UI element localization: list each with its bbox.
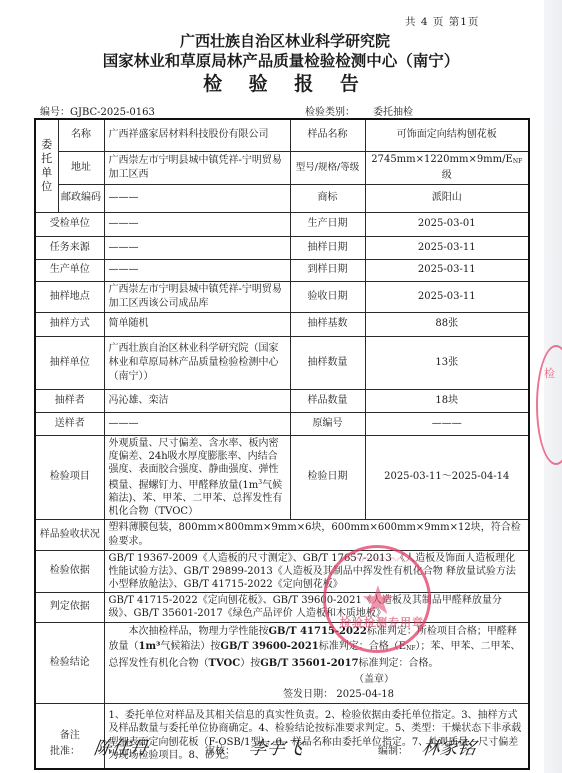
task-source: ——— [104,236,290,259]
table-row: 送样者 ——— 原编号 ——— [35,412,529,435]
table-row: 抽样地点 广西崇左市宁明县城中镇凭祥-宁明贸易加工区西该公司成品库 验收日期 2… [35,281,529,312]
review-signature: 审核：李宇飞 [205,734,303,760]
table-row: 检验结论 本次抽检样品，物理力学性能按GB/T 41715-2022标准判定：所… [35,622,529,703]
postcode: ——— [104,184,290,212]
center-title: 国家林业和草原局林产品质量检验检测中心（南宁） [0,49,562,71]
prepare-signature: 编制：林家铭 [378,734,476,760]
table-row: 判定依据 GB/T 41715-2022《定向刨花板》、GB/T 39600-2… [35,592,529,622]
report-number: 编号：GJBC-2025-0163 [40,103,155,118]
production-date: 2025-03-01 [365,212,529,236]
table-row: 抽样方式 简单随机 抽样基数 88张 [35,312,529,336]
sampling-site-label: 抽样地点 [35,281,104,312]
issue-date: 签发日期： 2025-04-18 [109,688,525,702]
seal-note: （盖章） [109,673,525,687]
table-row: 抽样者 冯沁雄、栾洁 样品数量 18块 [35,389,529,412]
sampling-date: 2025-03-11 [365,236,529,259]
sample-qty: 18块 [365,389,529,412]
client-address-label: 地址 [58,151,104,184]
producer: ——— [104,259,290,281]
receipt-label: 样品验收状况 [35,519,104,550]
spec-label: 型号/规格/等级 [290,151,365,184]
client-address: 广西崇左市宁明县城中镇凭祥-宁明贸易加工区西 [104,151,290,184]
approve-signature-mark: 陈佳丹 [92,734,150,760]
conclusion-text: 本次抽检样品，物理力学性能按GB/T 41715-2022标准判定：所检项目合格… [109,624,525,671]
sampling-qty: 13张 [365,336,529,389]
original-no-label: 原编号 [290,412,365,435]
judgement: GB/T 41715-2022《定向刨花板》、GB/T 39600-2021《人… [104,592,529,622]
spec-value: 2745mm×1220mm×9mm/ENF级 [365,151,529,184]
basis: GB/T 19367-2009《人造板的尺寸测定》、GB/T 17657-201… [104,550,529,592]
category-label: 检验类别： [305,107,355,118]
sampling-method: 简单随机 [104,312,290,336]
sample-name: 可饰面定向结构刨花板 [365,119,529,151]
postcode-label: 邮政编码 [58,184,104,212]
table-row: 委托单位 名称 广西祥盛家居材料科技股份有限公司 样品名称 可饰面定向结构刨花板 [35,119,529,151]
report-number-label: 编号： [40,107,70,118]
sampling-date-label: 抽样日期 [290,236,365,259]
client-name-label: 名称 [58,119,104,151]
table-row: 地址 广西崇左市宁明县城中镇凭祥-宁明贸易加工区西 型号/规格/等级 2745m… [35,151,529,184]
conclusion: 本次抽检样品，物理力学性能按GB/T 41715-2022标准判定：所检项目合格… [104,622,529,703]
arrival-date-label: 到样日期 [290,259,365,281]
page-indicator: 共 4 页 第1页 [405,14,479,29]
inspected-unit: ——— [104,212,290,236]
acceptance-date-label: 验收日期 [290,281,365,312]
table-row: 邮政编码 ——— 商标 派阳山 [35,184,529,212]
brand: 派阳山 [365,184,529,212]
sender-label: 送样者 [35,412,104,435]
sampling-base-label: 抽样基数 [290,312,365,336]
test-date: 2025-03-11～2025-04-14 [365,435,529,519]
sampling-site: 广西崇左市宁明县城中镇凭祥-宁明贸易加工区西该公司成品库 [104,281,290,312]
approve-signature: 批准：陈佳丹 [50,734,148,760]
task-source-label: 任务来源 [35,236,104,259]
original-no: ——— [365,412,529,435]
category-value: 委托抽检 [373,107,413,118]
sampler-label: 抽样者 [35,389,104,412]
client-group-label: 委托单位 [35,119,58,212]
sampling-unit: 广西壮族自治区林业科学研究院（国家林业和草原局林产品质量检验检测中心（南宁）） [104,336,290,389]
table-row: 任务来源 ——— 抽样日期 2025-03-11 [35,236,529,259]
table-row: 样品验收状况 塑料薄膜包装，800mm×800mm×9mm×6块，600mm×6… [35,519,529,550]
review-signature-mark: 李宇飞 [247,734,305,760]
table-row: 生产单位 ——— 到样日期 2025-03-11 [35,259,529,281]
inspection-category: 检验类别：委托抽检 [305,103,413,118]
test-items: 外观质量、尺寸偏差、含水率、板内密度偏差、24h吸水厚度膨胀率、内结合强度、表面… [104,435,290,519]
sampling-unit-label: 抽样单位 [35,336,104,389]
document-title: 检 验 报 告 [0,69,562,96]
page-edge [544,0,562,773]
brand-label: 商标 [290,184,365,212]
table-row: 受检单位 ——— 生产日期 2025-03-01 [35,212,529,236]
sender: ——— [104,412,290,435]
table-row: 检验依据 GB/T 19367-2009《人造板的尺寸测定》、GB/T 1765… [35,550,529,592]
sampler: 冯沁雄、栾洁 [104,389,290,412]
prepare-signature-mark: 林家铭 [420,734,478,760]
sampling-method-label: 抽样方式 [35,312,104,336]
sample-name-label: 样品名称 [290,119,365,151]
institute-title: 广西壮族自治区林业科学研究院 [0,30,562,51]
producer-label: 生产单位 [35,259,104,281]
table-row: 抽样单位 广西壮族自治区林业科学研究院（国家林业和草原局林产品质量检验检测中心（… [35,336,529,389]
judgement-label: 判定依据 [35,592,104,622]
arrival-date: 2025-03-11 [365,259,529,281]
sample-qty-label: 样品数量 [290,389,365,412]
conclusion-label: 检验结论 [35,622,104,703]
report-table: 委托单位 名称 广西祥盛家居材料科技股份有限公司 样品名称 可饰面定向结构刨花板… [34,118,530,770]
sampling-qty-label: 抽样数量 [290,336,365,389]
receipt: 塑料薄膜包装，800mm×800mm×9mm×6块，600mm×600mm×9m… [104,519,529,550]
client-name: 广西祥盛家居材料科技股份有限公司 [104,119,290,151]
production-date-label: 生产日期 [290,212,365,236]
basis-label: 检验依据 [35,550,104,592]
table-row: 检验项目 外观质量、尺寸偏差、含水率、板内密度偏差、24h吸水厚度膨胀率、内结合… [35,435,529,519]
test-date-label: 检验日期 [290,435,365,519]
acceptance-date: 2025-03-11 [365,281,529,312]
test-items-label: 检验项目 [35,435,104,519]
inspected-unit-label: 受检单位 [35,212,104,236]
sampling-base: 88张 [365,312,529,336]
report-number-value: GJBC-2025-0163 [70,107,155,118]
